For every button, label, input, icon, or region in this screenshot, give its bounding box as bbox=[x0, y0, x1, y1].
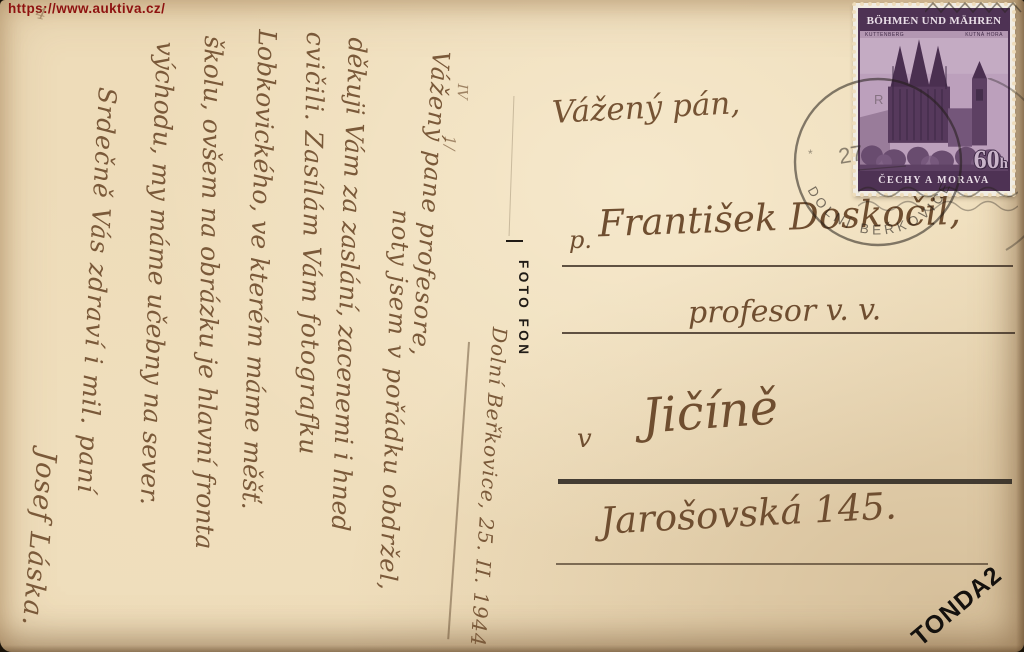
address-city-prefix: v bbox=[577, 424, 592, 454]
address-name-prefix: p. bbox=[569, 226, 592, 254]
message-line: Srdečně Vás zdraví i mil. paní bbox=[72, 86, 122, 494]
message-line: východu, my máme učebny na sever. bbox=[135, 41, 180, 506]
message-dateline: Dolní Beřkovice, 25. II. 1944 bbox=[466, 326, 512, 647]
message-line: cvičili. Zasílám Vám fotografku bbox=[294, 31, 330, 455]
cancellation-zigzag bbox=[925, 0, 1024, 16]
message-line: noty jsem v pořádku obdržel, bbox=[374, 209, 415, 591]
collector-watermark: TONDA2 bbox=[906, 561, 1008, 652]
message-line: školu, ovšem na obrázku je hlavní fronta bbox=[190, 35, 228, 549]
message-line: Lobkovického, ve kterém máme měšť. bbox=[236, 29, 282, 510]
postmark: DOLNÍ BEŘKOVICE 27 R * bbox=[778, 62, 978, 262]
dateline-underline bbox=[448, 342, 470, 639]
address-rule-bold bbox=[558, 479, 1012, 484]
postcard-scan: https://www.auktiva.cz/ TONDA2 4 IV 1/ D… bbox=[0, 0, 1024, 652]
signature: Josef Láska. bbox=[16, 449, 62, 627]
postmark-top-letter: R bbox=[874, 92, 883, 107]
margin-note-top: IV bbox=[453, 83, 470, 99]
divider-dash bbox=[506, 240, 523, 242]
message-line: Vážený pane profesore, bbox=[406, 50, 455, 358]
address-title: profesor v. v. bbox=[688, 292, 882, 330]
address-city: Jičíně bbox=[640, 379, 780, 444]
stamp-city-names: KUTTENBERG KUTNÁ HORA bbox=[860, 31, 1008, 38]
address-rule bbox=[562, 265, 1013, 267]
address-rule bbox=[562, 332, 1015, 334]
message-line: děkuji Vám za zaslání, zacenemi i hned bbox=[326, 37, 372, 532]
scan-edge-shadow-bottom bbox=[0, 645, 1024, 652]
address-street: Jarošovská 145. bbox=[599, 484, 897, 542]
publisher-imprint: FOTO FON bbox=[516, 260, 531, 358]
postmark-star: * bbox=[808, 147, 813, 161]
postmark-day: 27 bbox=[837, 140, 865, 169]
address-rule bbox=[556, 563, 988, 565]
address-salutation: Vážený pán, bbox=[551, 85, 741, 131]
divider-line bbox=[509, 96, 515, 236]
source-url-watermark: https://www.auktiva.cz/ bbox=[8, 1, 165, 16]
